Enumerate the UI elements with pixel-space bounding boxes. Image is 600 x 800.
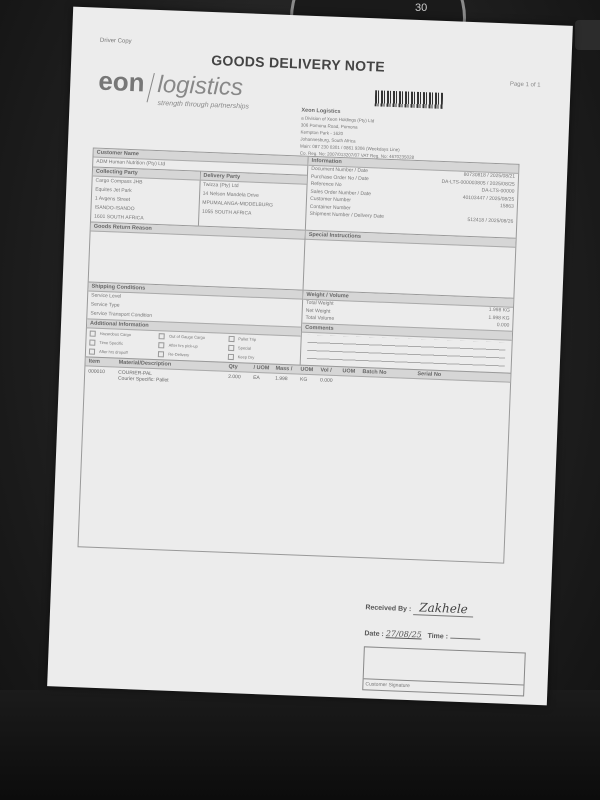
company-logo: eonlogistics strength through partnershi… [98, 66, 244, 106]
receipt-date: Date : 27/08/25 Time : [364, 628, 480, 641]
comments-lines [307, 334, 506, 368]
collecting-party: Collecting Party Cargo Compass JHB Equit… [91, 168, 201, 226]
received-by: Received By : Zakhele [365, 598, 474, 616]
date-value[interactable]: 27/08/25 [386, 629, 422, 639]
information-section: Information Document Number / Date807308… [306, 157, 519, 238]
speedometer-reading: 30 [415, 2, 427, 14]
checkbox[interactable] [228, 345, 234, 351]
lap-background [0, 690, 600, 800]
special-instructions-box [304, 240, 516, 298]
left-section: Customer Name ADM Human Nutrition (Pty) … [91, 149, 309, 230]
delivery-party: Delivery Party Twizza (Pty) Ltd 14 Nelso… [198, 172, 307, 230]
goods-delivery-note: Driver Copy GOODS DELIVERY NOTE Page 1 o… [47, 7, 573, 706]
page-number: Page 1 of 1 [510, 81, 541, 88]
barcode [375, 90, 444, 109]
copy-label: Driver Copy [100, 38, 132, 45]
customer-signature-box[interactable]: Customer Signature [362, 646, 526, 696]
time-field[interactable] [450, 638, 480, 640]
goods-return-reason-box [89, 231, 305, 289]
checkbox[interactable] [159, 333, 165, 339]
delivery-form: Customer Name ADM Human Nutrition (Pty) … [77, 148, 519, 564]
customer-signature-label: Customer Signature [363, 678, 523, 695]
checkbox[interactable] [228, 336, 234, 342]
company-details: Xeon Logistics a Division of Xeon Holdin… [300, 107, 416, 160]
air-vent [575, 20, 600, 50]
received-by-value[interactable]: Zakhele [413, 600, 474, 617]
logo-product: logistics [157, 71, 243, 101]
logo-tagline: strength through partnerships [157, 100, 249, 111]
logo-brand: eon [98, 66, 145, 98]
checkbox[interactable] [228, 354, 234, 360]
checkbox[interactable] [159, 342, 165, 348]
items-body: 000010 COURIER-PALCourier Specific: Pall… [79, 366, 511, 562]
checkbox[interactable] [90, 331, 96, 337]
checkbox[interactable] [158, 351, 164, 357]
checkbox[interactable] [89, 349, 95, 355]
checkbox[interactable] [89, 340, 95, 346]
